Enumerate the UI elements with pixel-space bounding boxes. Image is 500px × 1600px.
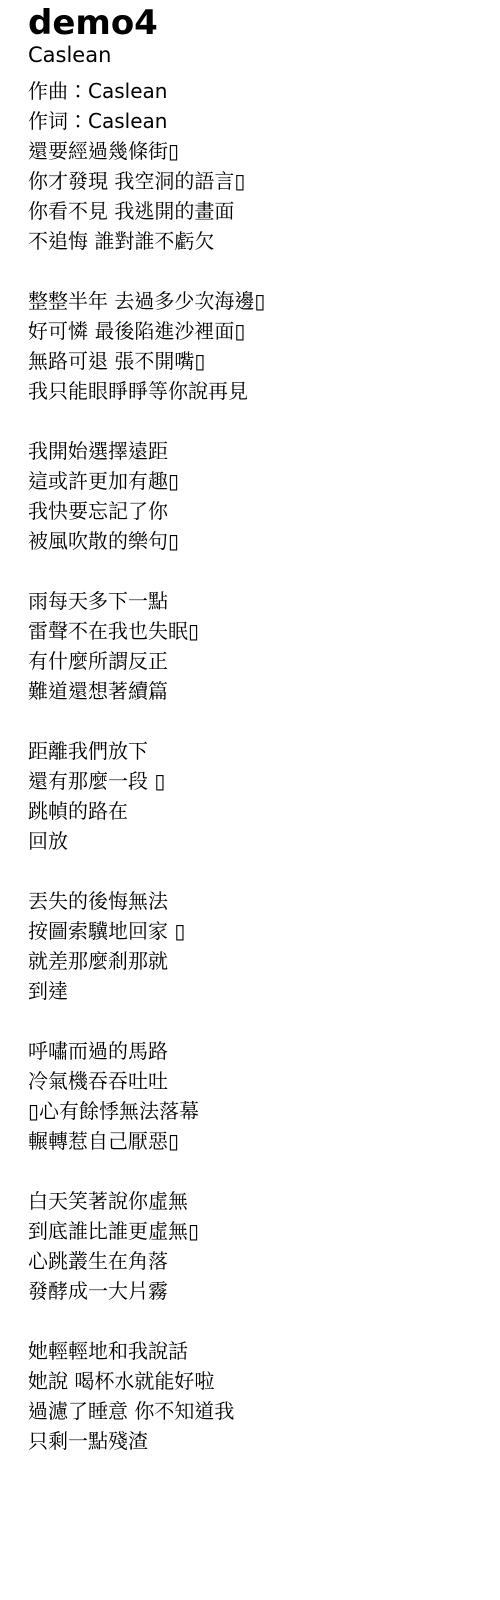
lyricist-credit: 作词：Caslean bbox=[28, 106, 480, 136]
lyric-line: 我快要忘記了你 bbox=[28, 496, 480, 526]
song-title: demo4 bbox=[28, 4, 480, 42]
lyric-line: 還要經過幾條街▯ bbox=[28, 136, 480, 166]
lyric-line: 有什麼所謂反正 bbox=[28, 646, 480, 676]
lyric-line: 只剩一點殘渣 bbox=[28, 1426, 480, 1456]
lyric-line: 發酵成一大片霧 bbox=[28, 1276, 480, 1306]
lyric-line: 到達 bbox=[28, 976, 480, 1006]
lyrics-page: demo4 Caslean 作曲：Caslean 作词：Caslean 還要經過… bbox=[0, 0, 500, 1456]
stanza-7: 呼嘯而過的馬路 冷氣機吞吞吐吐 ▯心有餘悸無法落幕 輾轉惹自己厭惡▯ bbox=[28, 1036, 480, 1156]
stanza-3: 我開始選擇遠距 這或許更加有趣▯ 我快要忘記了你 被風吹散的樂句▯ bbox=[28, 436, 480, 556]
stanza-1: 作曲：Caslean 作词：Caslean 還要經過幾條街▯ 你才發現 我空洞的… bbox=[28, 76, 480, 256]
stanza-2: 整整半年 去過多少次海邊▯ 好可憐 最後陷進沙裡面▯ 無路可退 張不開嘴▯ 我只… bbox=[28, 286, 480, 406]
stanza-9: 她輕輕地和我說話 她說 喝杯水就能好啦 過濾了睡意 你不知道我 只剩一點殘渣 bbox=[28, 1336, 480, 1456]
lyrics-body: 作曲：Caslean 作词：Caslean 還要經過幾條街▯ 你才發現 我空洞的… bbox=[28, 76, 480, 1456]
lyric-line: 呼嘯而過的馬路 bbox=[28, 1036, 480, 1066]
lyric-line: 回放 bbox=[28, 826, 480, 856]
lyric-line: 雷聲不在我也失眠▯ bbox=[28, 616, 480, 646]
lyric-line: 按圖索驥地回家 ▯ bbox=[28, 916, 480, 946]
composer-credit: 作曲：Caslean bbox=[28, 76, 480, 106]
stanza-4: 雨每天多下一點 雷聲不在我也失眠▯ 有什麼所謂反正 難道還想著續篇 bbox=[28, 586, 480, 706]
lyric-line: 心跳叢生在角落 bbox=[28, 1246, 480, 1276]
artist-name: Caslean bbox=[28, 42, 480, 68]
lyric-line: 被風吹散的樂句▯ bbox=[28, 526, 480, 556]
lyric-line: 不追悔 誰對誰不虧欠 bbox=[28, 226, 480, 256]
lyric-line: 你看不見 我逃開的畫面 bbox=[28, 196, 480, 226]
lyric-line: 我開始選擇遠距 bbox=[28, 436, 480, 466]
lyric-line: 距離我們放下 bbox=[28, 736, 480, 766]
lyric-line: 就差那麼剎那就 bbox=[28, 946, 480, 976]
lyric-line: 我只能眼睜睜等你說再見 bbox=[28, 376, 480, 406]
lyric-line: 丟失的後悔無法 bbox=[28, 886, 480, 916]
lyric-line: 跳幀的路在 bbox=[28, 796, 480, 826]
lyric-line: 這或許更加有趣▯ bbox=[28, 466, 480, 496]
lyric-line: 白天笑著說你虛無 bbox=[28, 1186, 480, 1216]
lyric-line: 整整半年 去過多少次海邊▯ bbox=[28, 286, 480, 316]
lyric-line: 到底誰比誰更虛無▯ bbox=[28, 1216, 480, 1246]
lyric-line: 你才發現 我空洞的語言▯ bbox=[28, 166, 480, 196]
lyric-line: 還有那麼一段 ▯ bbox=[28, 766, 480, 796]
lyric-line: 輾轉惹自己厭惡▯ bbox=[28, 1126, 480, 1156]
lyric-line: 她說 喝杯水就能好啦 bbox=[28, 1366, 480, 1396]
lyric-line: 過濾了睡意 你不知道我 bbox=[28, 1396, 480, 1426]
lyric-line: 雨每天多下一點 bbox=[28, 586, 480, 616]
stanza-8: 白天笑著說你虛無 到底誰比誰更虛無▯ 心跳叢生在角落 發酵成一大片霧 bbox=[28, 1186, 480, 1306]
lyric-line: 好可憐 最後陷進沙裡面▯ bbox=[28, 316, 480, 346]
stanza-5: 距離我們放下 還有那麼一段 ▯ 跳幀的路在 回放 bbox=[28, 736, 480, 856]
lyric-line: 難道還想著續篇 bbox=[28, 676, 480, 706]
lyric-line: 冷氣機吞吞吐吐 bbox=[28, 1066, 480, 1096]
lyric-line: 她輕輕地和我說話 bbox=[28, 1336, 480, 1366]
lyric-line: 無路可退 張不開嘴▯ bbox=[28, 346, 480, 376]
stanza-6: 丟失的後悔無法 按圖索驥地回家 ▯ 就差那麼剎那就 到達 bbox=[28, 886, 480, 1006]
lyric-line: ▯心有餘悸無法落幕 bbox=[28, 1096, 480, 1126]
